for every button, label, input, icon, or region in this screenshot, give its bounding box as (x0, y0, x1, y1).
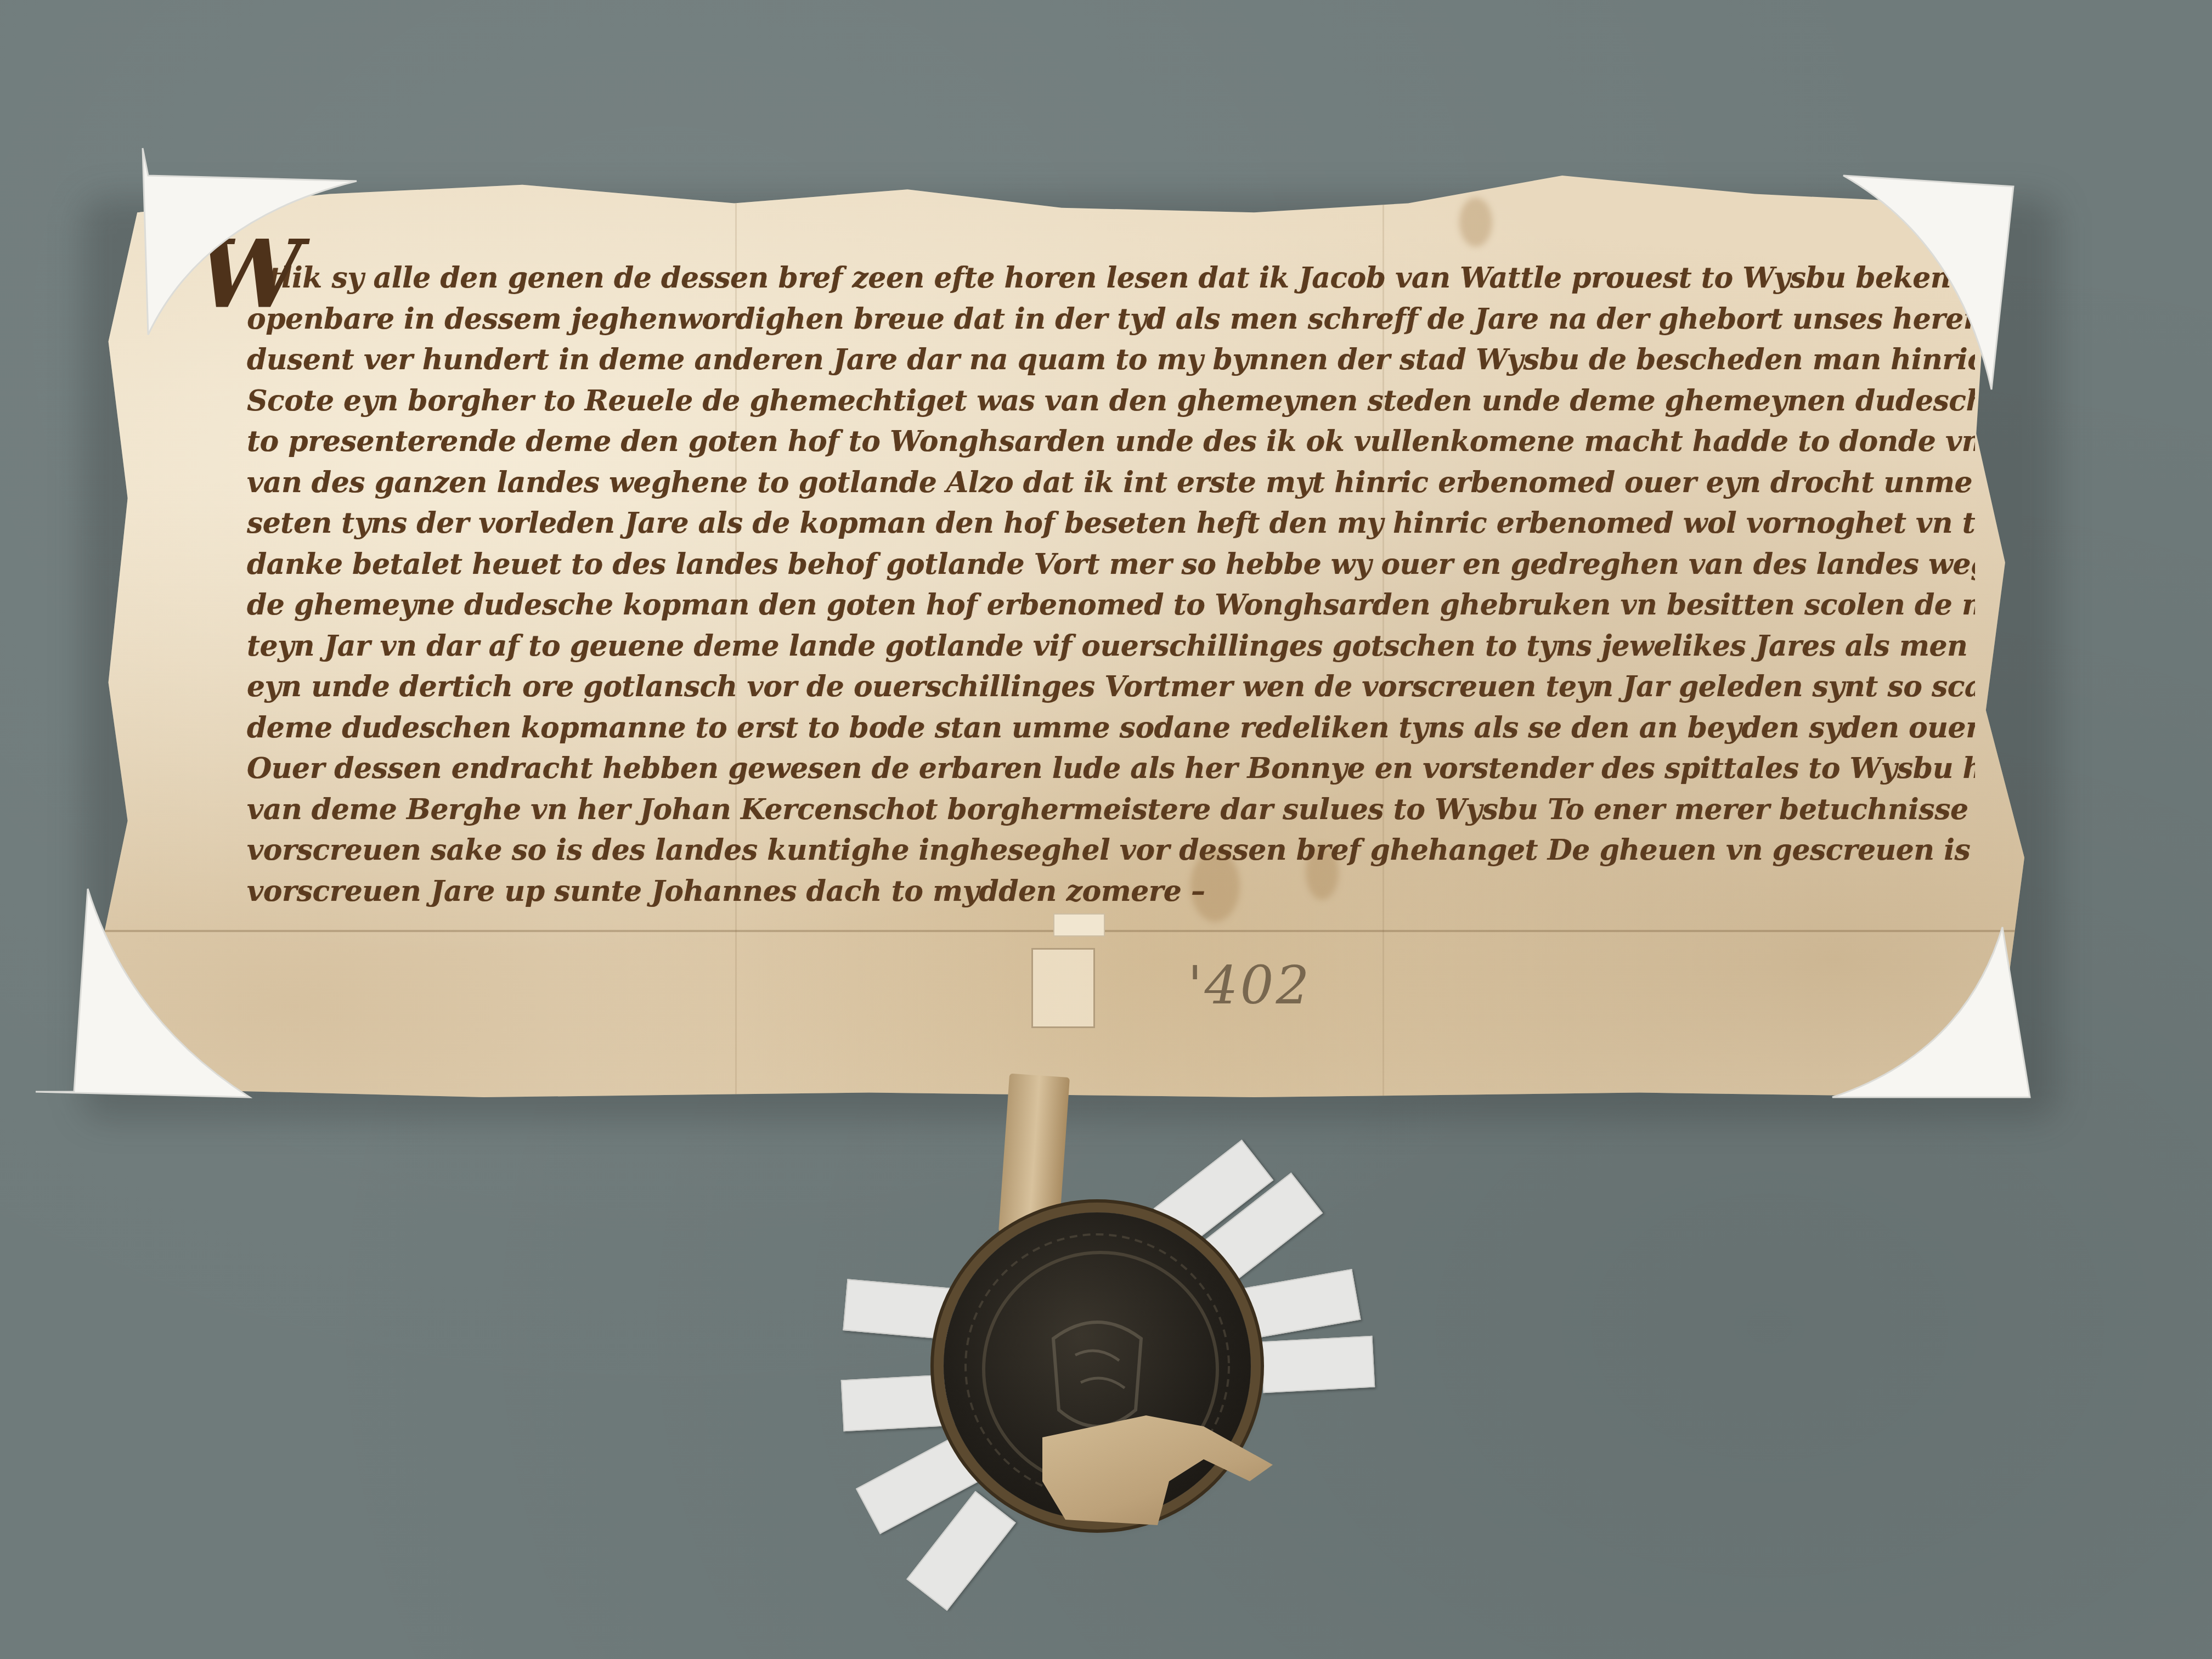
text-line: dusent ver hundert in deme anderen Jare … (247, 340, 1975, 381)
text-line: Ouer dessen endracht hebben gewesen de e… (247, 748, 1975, 789)
text-line: van des ganzen landes weghene to gotland… (247, 462, 1975, 504)
corner-mount-top-right (1832, 165, 2052, 395)
text-line: de ghemeyne dudesche kopman den goten ho… (247, 585, 1975, 626)
corner-mount-top-left (137, 143, 368, 340)
text-line: openbare in dessem jeghenwordighen breue… (247, 299, 1975, 340)
seal-support-tab (1261, 1336, 1375, 1393)
seal-tag-slot (1031, 948, 1095, 1028)
text-line: itlik sy alle den genen de dessen bref z… (247, 258, 1975, 299)
archive-number: '402 (1188, 955, 1312, 1016)
charter-parchment: W itlik sy alle den genen de dessen bref… (99, 176, 2024, 1097)
seal-tag-top (1053, 913, 1105, 936)
text-line: danke betalet heuet to des landes behof … (247, 544, 1975, 585)
stain (1459, 198, 1492, 247)
corner-mount-bottom-right (1821, 922, 2052, 1108)
text-line: seten tyns der vorleden Jare als de kopm… (247, 503, 1975, 544)
text-line: teyn Jar vn dar af to geuene deme lande … (247, 626, 1975, 667)
corner-mount-bottom-left (30, 878, 255, 1108)
text-line: to presenterende deme den goten hof to W… (247, 421, 1975, 462)
text-line: vorscreuen Jare up sunte Johannes dach t… (247, 871, 1975, 912)
parchment-seal-tag (998, 1074, 1070, 1237)
text-line: Scote eyn borgher to Reuele de ghemechti… (247, 381, 1975, 422)
seal-support-tab (843, 1279, 958, 1340)
text-line: van deme Berghe vn her Johan Kercenschot… (247, 789, 1975, 831)
text-line: eyn unde dertich ore gotlansch vor de ou… (247, 667, 1975, 708)
seal-support-tab (841, 1374, 956, 1432)
text-line: deme dudeschen kopmanne to erst to bode … (247, 708, 1975, 749)
text-line: vorscreuen sake so is des landes kuntigh… (247, 830, 1975, 871)
seal-support-tab (1242, 1269, 1361, 1339)
charter-text: W itlik sy alle den genen de dessen bref… (247, 258, 1975, 912)
